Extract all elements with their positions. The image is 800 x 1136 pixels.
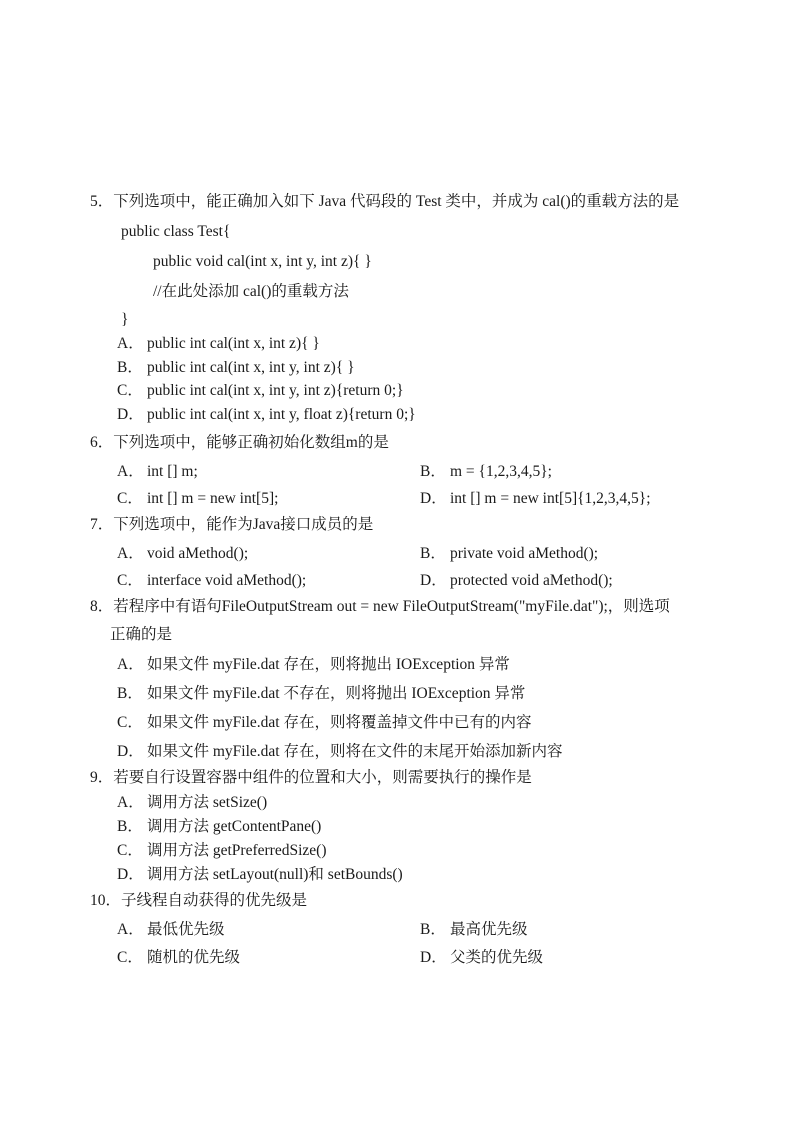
q7-option-b: B．private void aMethod(); [420,544,598,564]
q7-option-c: C．interface void aMethod(); [117,571,306,591]
q10-option-b: B．最高优先级 [420,920,528,940]
question-10-stem: 10．子线程自动获得的优先级是 [90,891,307,911]
question-9-stem: 9．若要自行设置容器中组件的位置和大小，则需要执行的操作是 [90,768,532,788]
code-line: public void cal(int x, int y, int z){ } [153,252,372,272]
q7-option-d: D．protected void aMethod(); [420,571,613,591]
q10-option-d: D．父类的优先级 [420,948,543,968]
q5-option-c: C．public int cal(int x, int y, int z){re… [117,381,404,401]
question-number: 10． [90,892,121,909]
question-number: 6． [90,434,113,451]
question-number: 7． [90,516,113,533]
q5-option-d: D．public int cal(int x, int y, float z){… [117,405,416,425]
question-number: 8． [90,598,113,615]
q6-option-d: D．int [] m = new int[5]{1,2,3,4,5}; [420,489,651,509]
q6-option-b: B．m = {1,2,3,4,5}; [420,462,552,482]
q8-option-b: B．如果文件 myFile.dat 不存在，则将抛出 IOException 异… [117,684,525,704]
question-8-stem: 8．若程序中有语句FileOutputStream out = new File… [90,597,670,617]
q7-option-a: A．void aMethod(); [117,544,248,564]
q10-option-c: C．随机的优先级 [117,948,240,968]
code-line: public class Test{ [121,222,230,242]
q10-option-a: A．最低优先级 [117,920,225,940]
q5-option-a: A．public int cal(int x, int z){ } [117,334,320,354]
q9-option-c: C．调用方法 getPreferredSize() [117,841,326,861]
question-6-stem: 6．下列选项中，能够正确初始化数组m的是 [90,433,389,453]
q8-option-c: C．如果文件 myFile.dat 存在，则将覆盖掉文件中已有的内容 [117,713,531,733]
question-7-stem: 7．下列选项中，能作为Java接口成员的是 [90,515,373,535]
code-line: //在此处添加 cal()的重载方法 [153,282,349,302]
question-8-stem-continued: 正确的是 [110,625,172,645]
q8-option-d: D．如果文件 myFile.dat 存在，则将在文件的末尾开始添加新内容 [117,742,562,762]
code-line: } [121,310,128,330]
q9-option-a: A．调用方法 setSize() [117,793,267,813]
q9-option-b: B．调用方法 getContentPane() [117,817,321,837]
question-5-stem: 5．下列选项中，能正确加入如下 Java 代码段的 Test 类中，并成为 ca… [90,192,679,212]
q6-option-a: A．int [] m; [117,462,198,482]
question-number: 9． [90,769,113,786]
q8-option-a: A．如果文件 myFile.dat 存在，则将抛出 IOException 异常 [117,655,510,675]
q5-option-b: B．public int cal(int x, int y, int z){ } [117,358,355,378]
q9-option-d: D．调用方法 setLayout(null)和 setBounds() [117,865,403,885]
q6-option-c: C．int [] m = new int[5]; [117,489,278,509]
question-number: 5． [90,193,113,210]
